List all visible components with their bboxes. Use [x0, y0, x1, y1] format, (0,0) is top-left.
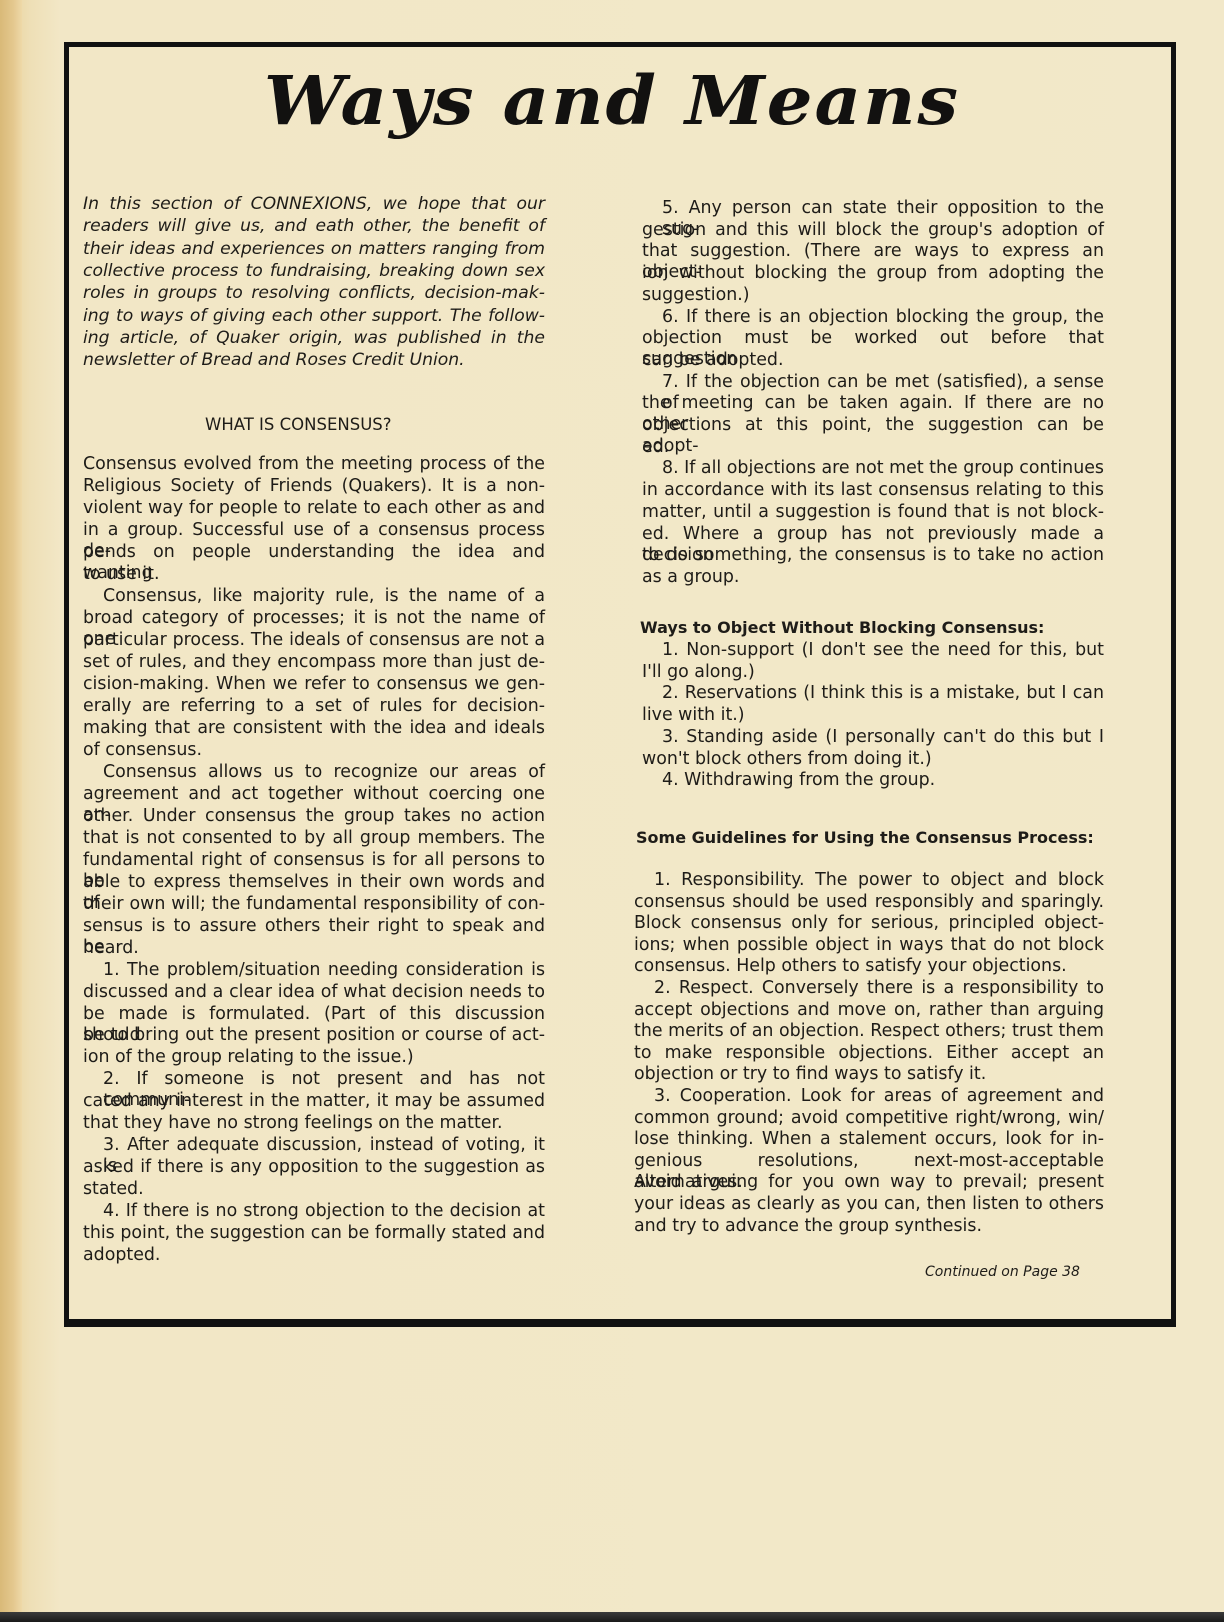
guidelines-heading: Some Guidelines for Using the Consensus … [636, 827, 1094, 848]
body-line: ion without blocking the group from adop… [642, 263, 1104, 284]
body-line: ion of the group relating to the issue.) [83, 1047, 414, 1068]
body-line: cated any interest in the matter, it may… [83, 1091, 545, 1112]
body-line: particular process. The ideals of consen… [83, 630, 545, 651]
body-line: erally are referring to a set of rules f… [83, 696, 545, 717]
body-line: Consensus evolved from the meeting proce… [83, 454, 545, 475]
body-line: set of rules, and they encompass more th… [83, 652, 545, 673]
body-line: heard. [83, 938, 139, 959]
body-line: 1. The problem/situation needing conside… [103, 960, 545, 981]
body-line: stated. [83, 1179, 144, 1200]
body-line: and try to advance the group synthesis. [634, 1216, 982, 1237]
article-title: Ways and Means [0, 61, 1224, 140]
body-line: this point, the suggestion can be formal… [83, 1223, 545, 1244]
body-line: cision-making. When we refer to consensu… [83, 674, 545, 695]
intro-line: newsletter of Bread and Roses Credit Uni… [83, 350, 465, 371]
body-line: 6. If there is an objection blocking the… [662, 307, 1104, 328]
body-line: Consensus allows us to recognize our are… [103, 762, 545, 783]
page-bottom-edge [0, 1612, 1224, 1622]
body-line: to use it. [83, 564, 159, 585]
body-line: 8. If all objections are not met the gro… [662, 458, 1104, 479]
body-line: 4. If there is no strong objection to th… [103, 1201, 545, 1222]
body-line: objections at this point, the suggestion… [642, 415, 1104, 457]
body-line: Avoid arguing for you own way to prevail… [634, 1172, 1104, 1193]
body-line: 4. Withdrawing from the group. [662, 770, 935, 791]
body-line: Religious Society of Friends (Quakers). … [83, 476, 545, 497]
body-line: live with it.) [642, 705, 745, 726]
body-line: making that are consistent with the idea… [83, 718, 545, 739]
body-line: to do something, the consensus is to tak… [642, 545, 1104, 566]
body-line: be to bring out the present position or … [83, 1025, 545, 1046]
body-line: their own will; the fundamental responsi… [83, 894, 545, 915]
intro-line: In this section of CONNEXIONS, we hope t… [83, 194, 545, 215]
intro-line: roles in groups to resolving conflicts, … [83, 283, 545, 304]
body-line: of consensus. [83, 740, 202, 761]
intro-line: ing article, of Quaker origin, was publi… [83, 328, 545, 349]
intro-line: collective process to fundraising, break… [83, 261, 545, 282]
ways-heading: Ways to Object Without Blocking Consensu… [640, 617, 1044, 638]
body-line: violent way for people to relate to each… [83, 498, 545, 519]
body-line: ed. [642, 437, 669, 458]
body-line: common ground; avoid competitive right/w… [634, 1108, 1104, 1129]
body-line: ions; when possible object in ways that … [634, 935, 1104, 956]
body-line: lose thinking. When a stalement occurs, … [634, 1129, 1104, 1150]
intro-line: ing to ways of giving each other support… [83, 306, 545, 327]
body-line: that is not consented to by all group me… [83, 828, 545, 849]
body-line: accept objections and move on, rather th… [634, 1000, 1104, 1021]
body-line: your ideas as clearly as you can, then l… [634, 1194, 1104, 1215]
section-heading: WHAT IS CONSENSUS? [205, 414, 392, 435]
body-line: I'll go along.) [642, 662, 755, 683]
body-line: consensus. Help others to satisfy your o… [634, 956, 1067, 977]
body-line: 2. Respect. Conversely there is a respon… [654, 978, 1104, 999]
body-line: suggestion.) [642, 285, 750, 306]
body-line: other. Under consensus the group takes n… [83, 806, 545, 827]
body-line: 1. Non-support (I don't see the need for… [662, 640, 1104, 661]
intro-line: their ideas and experiences on matters r… [83, 239, 545, 260]
body-line: in accordance with its last consensus re… [642, 480, 1104, 501]
body-line: the merits of an objection. Respect othe… [634, 1021, 1104, 1042]
body-line: as a group. [642, 567, 739, 588]
body-line: 2. Reservations (I think this is a mista… [662, 683, 1104, 704]
body-line: gestion and this will block the group's … [642, 220, 1104, 241]
body-line: that they have no strong feelings on the… [83, 1113, 503, 1134]
body-line: adopted. [83, 1245, 160, 1266]
body-line: discussed and a clear idea of what decis… [83, 982, 545, 1003]
body-line: Consensus, like majority rule, is the na… [103, 586, 545, 607]
continued-note: Continued on Page 38 [925, 1262, 1080, 1283]
body-line: consensus should be used responsibly and… [634, 892, 1104, 913]
body-line: to make responsible objections. Either a… [634, 1043, 1104, 1064]
body-line: 1. Responsibility. The power to object a… [654, 870, 1104, 891]
body-line: matter, until a suggestion is found that… [642, 502, 1104, 523]
intro-line: readers will give us, and eath other, th… [83, 216, 545, 237]
body-line: Block consensus only for serious, princi… [634, 913, 1104, 934]
body-line: asked if there is any opposition to the … [83, 1157, 545, 1178]
body-line: can be adopted. [642, 350, 784, 371]
body-line: won't block others from doing it.) [642, 749, 932, 770]
body-line: 3. Standing aside (I personally can't do… [662, 727, 1104, 748]
page-spine [0, 0, 22, 1622]
body-line: 3. Cooperation. Look for areas of agreem… [654, 1086, 1104, 1107]
body-line: sensus is to assure others their right t… [83, 916, 545, 958]
body-line: objection or try to find ways to satisfy… [634, 1064, 986, 1085]
